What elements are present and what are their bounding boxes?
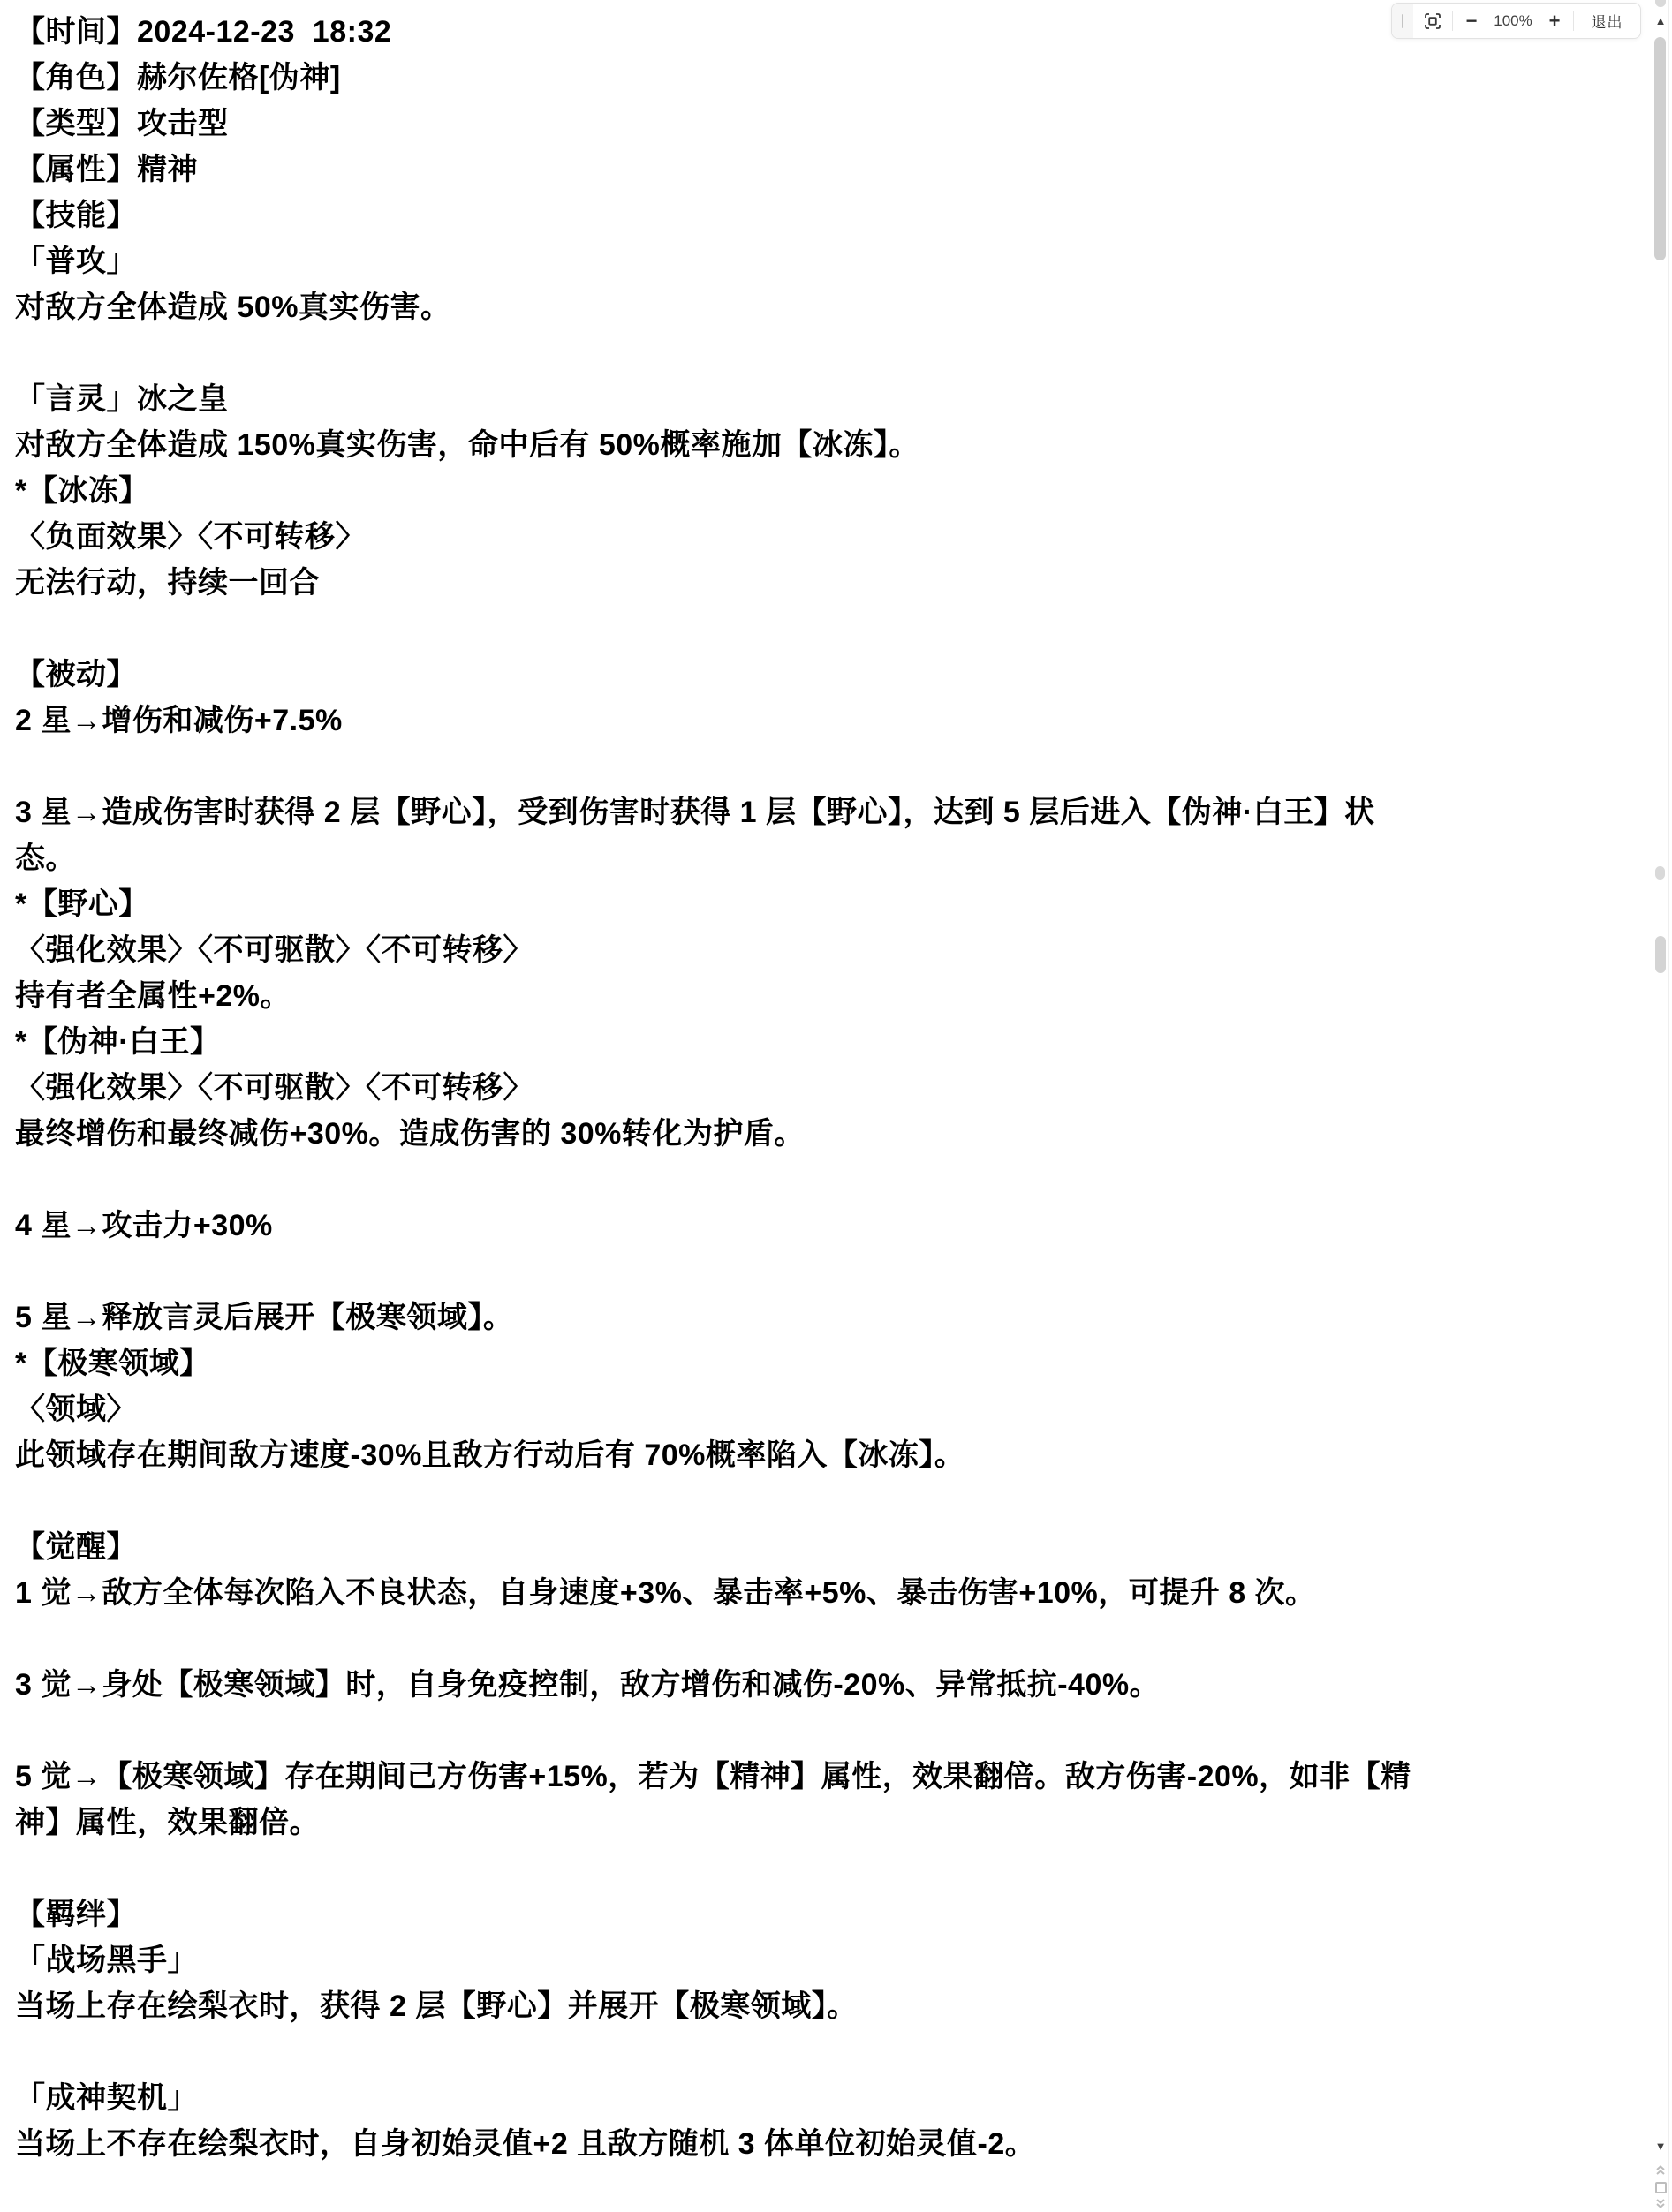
text-line: 2 星→增伤和减伤+7.5% [15, 698, 1645, 744]
text-line: *【野心】 [15, 881, 1645, 927]
text-line: 无法行动，持续一回合 [15, 560, 1645, 606]
text-line [15, 606, 1645, 652]
document-content: 【时间】2024-12-23 18:32【角色】赫尔佐格[伪神]【类型】攻击型【… [15, 9, 1645, 2167]
text-line: 「普攻」 [15, 238, 1645, 284]
scrollbar-top-widget [1655, 0, 1666, 7]
scrollbar-marker [1655, 866, 1665, 880]
text-line: 此领域存在期间敌方速度-30%且敌方行动后有 70%概率陷入【冰冻】。 [15, 1432, 1645, 1478]
text-line [15, 330, 1645, 376]
text-line: 【羁绊】 [15, 1891, 1645, 1937]
fit-screen-icon [1424, 12, 1441, 30]
text-line: 〈强化效果〉〈不可驱散〉〈不可转移〉 [15, 927, 1645, 973]
text-line: 〈负面效果〉〈不可转移〉 [15, 514, 1645, 560]
text-line: 5 星→释放言灵后展开【极寒领域】。 [15, 1295, 1645, 1340]
text-line: 3 星→造成伤害时获得 2 层【野心】，受到伤害时获得 1 层【野心】，达到 5… [15, 789, 1645, 835]
text-line: 3 觉→身处【极寒领域】时，自身免疫控制，敌方增伤和减伤-20%、异常抵抗-40… [15, 1662, 1645, 1708]
text-line: *【极寒领域】 [15, 1340, 1645, 1386]
next-page-button[interactable] [1652, 2196, 1669, 2210]
toolbar-drag-handle[interactable] [1392, 4, 1413, 38]
exit-button[interactable]: 退出 [1574, 4, 1640, 38]
text-line: *【伪神·白王】 [15, 1019, 1645, 1065]
zoom-out-button[interactable]: − [1453, 4, 1490, 38]
handle-line-icon [1402, 14, 1403, 28]
text-line: 【觉醒】 [15, 1524, 1645, 1570]
zoom-level: 100% [1490, 12, 1536, 30]
text-line: 〈强化效果〉〈不可驱散〉〈不可转移〉 [15, 1065, 1645, 1111]
previous-page-button[interactable] [1652, 2163, 1669, 2177]
text-line: 【被动】 [15, 652, 1645, 698]
scroll-down-arrow-icon[interactable]: ▼ [1652, 2140, 1669, 2153]
text-line: 最终增伤和最终减伤+30%。造成伤害的 30%转化为护盾。 [15, 1111, 1645, 1157]
text-line: 「言灵」冰之皇 [15, 376, 1645, 422]
text-line: *【冰冻】 [15, 468, 1645, 514]
fit-screen-button[interactable] [1413, 4, 1452, 38]
text-line [15, 1157, 1645, 1203]
scrollbar-thumb-secondary[interactable] [1655, 936, 1666, 973]
text-line: 当场上存在绘梨衣时，获得 2 层【野心】并展开【极寒领域】。 [15, 1983, 1645, 2029]
text-line: 神】属性，效果翻倍。 [15, 1800, 1645, 1846]
text-line [15, 1478, 1645, 1524]
viewer-toolbar: − 100% + 退出 [1391, 3, 1641, 39]
browse-object-square-icon [1655, 2182, 1667, 2193]
text-line: 对敌方全体造成 150%真实伤害，命中后有 50%概率施加【冰冻】。 [15, 422, 1645, 468]
text-line: 〈领域〉 [15, 1386, 1645, 1432]
text-line: 「成神契机」 [15, 2075, 1645, 2121]
text-line: 4 星→攻击力+30% [15, 1203, 1645, 1249]
scrollbar-track-line [1668, 0, 1669, 2212]
text-line: 持有者全属性+2%。 [15, 973, 1645, 1019]
text-line [15, 744, 1645, 789]
text-line: 态。 [15, 835, 1645, 881]
zoom-in-button[interactable]: + [1536, 4, 1573, 38]
double-chevron-up-icon [1655, 2164, 1666, 2176]
text-line: 当场上不存在绘梨衣时，自身初始灵值+2 且敌方随机 3 体单位初始灵值-2。 [15, 2121, 1645, 2167]
text-line [15, 1846, 1645, 1891]
text-line [15, 1616, 1645, 1662]
text-line [15, 1249, 1645, 1295]
select-browse-object-button[interactable] [1652, 2180, 1669, 2194]
text-line: 【类型】攻击型 [15, 101, 1645, 147]
text-line [15, 1708, 1645, 1754]
text-line: 【属性】精神 [15, 147, 1645, 193]
double-chevron-down-icon [1655, 2198, 1666, 2209]
text-line: 【角色】赫尔佐格[伪神] [15, 55, 1645, 101]
text-line: 【技能】 [15, 193, 1645, 238]
text-line: 「战场黑手」 [15, 1937, 1645, 1983]
vertical-scrollbar[interactable]: ▲ ▼ [1652, 0, 1672, 2212]
text-line: 对敌方全体造成 50%真实伤害。 [15, 284, 1645, 330]
text-line: 1 觉→敌方全体每次陷入不良状态，自身速度+3%、暴击率+5%、暴击伤害+10%… [15, 1570, 1645, 1616]
scroll-up-arrow-icon[interactable]: ▲ [1652, 15, 1669, 27]
scrollbar-thumb[interactable] [1654, 37, 1666, 260]
text-line: 5 觉→【极寒领域】存在期间己方伤害+15%，若为【精神】属性，效果翻倍。敌方伤… [15, 1754, 1645, 1800]
text-line [15, 2029, 1645, 2075]
